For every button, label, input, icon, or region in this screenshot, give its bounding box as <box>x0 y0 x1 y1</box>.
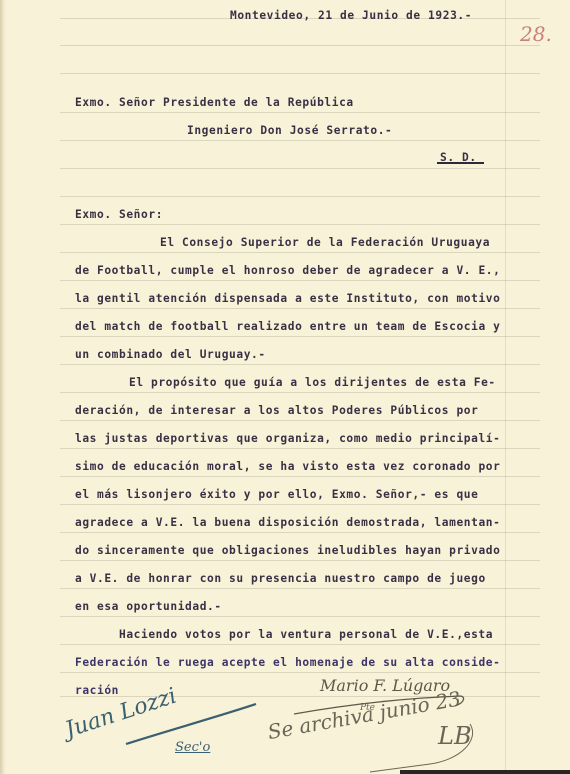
body-line: en esa oportunidad.- <box>75 600 222 613</box>
body-line: simo de educación moral, se ha visto est… <box>75 460 500 473</box>
ruled-line <box>60 588 540 589</box>
ruled-line <box>60 224 540 225</box>
ruled-line <box>60 252 540 253</box>
ruled-line <box>60 196 540 197</box>
body-line: Federación le ruega acepte el homenaje d… <box>75 656 500 669</box>
ruled-line <box>60 112 540 113</box>
margin-line <box>505 0 506 774</box>
ruled-line <box>60 280 540 281</box>
ruled-line <box>60 336 540 337</box>
ruled-line <box>60 476 540 477</box>
body-line: el más lisonjero éxito y por ello, Exmo.… <box>75 488 478 501</box>
folio-number: 28. <box>520 22 552 46</box>
ruled-line <box>60 45 540 46</box>
archive-flourish <box>360 720 480 774</box>
addressee-line-1: Exmo. Señor Presidente de la República <box>75 96 354 109</box>
salutation: Exmo. Señor: <box>75 208 163 221</box>
body-line: del match de football realizado entre un… <box>75 320 500 333</box>
date-line: Montevideo, 21 de Junio de 1923.- <box>230 9 472 22</box>
sd-underline <box>437 162 484 164</box>
ruled-line <box>60 448 540 449</box>
body-line: Haciendo votos por la ventura personal d… <box>119 628 493 641</box>
body-line: deración, de interesar a los altos Poder… <box>75 404 478 417</box>
ruled-line <box>60 644 540 645</box>
body-line: ración <box>75 684 119 697</box>
body-line: agradece a V.E. la buena disposición dem… <box>75 516 500 529</box>
body-line: do sinceramente que obligaciones ineludi… <box>75 544 500 557</box>
body-line: a V.E. de honrar con su presencia nuestr… <box>75 572 486 585</box>
letter-page: 28. Montevideo, 21 de Junio de 1923.- Ex… <box>0 0 570 774</box>
body-line: de Football, cumple el honroso deber de … <box>75 264 500 277</box>
ruled-line <box>60 616 540 617</box>
ruled-line <box>60 560 540 561</box>
ruled-line <box>60 420 540 421</box>
ruled-line <box>60 364 540 365</box>
secretary-title: Sec'o <box>175 740 210 755</box>
body-line: la gentil atención dispensada a este Ins… <box>75 292 500 305</box>
body-line: un combinado del Uruguay.- <box>75 348 266 361</box>
ruled-line <box>60 140 540 141</box>
body-line: El propósito que guía a los dirijentes d… <box>129 376 496 389</box>
ruled-line <box>60 308 540 309</box>
ruled-line <box>60 532 540 533</box>
ruled-line <box>60 168 540 169</box>
ruled-line <box>60 504 540 505</box>
body-line: las justas deportivas que organiza, como… <box>75 432 500 445</box>
addressee-line-2: Ingeniero Don José Serrato.- <box>187 124 392 137</box>
body-line: El Consejo Superior de la Federación Uru… <box>160 236 490 249</box>
ruled-line <box>60 73 540 74</box>
scan-edge <box>400 770 570 774</box>
ruled-line <box>60 672 540 673</box>
ruled-line <box>60 392 540 393</box>
